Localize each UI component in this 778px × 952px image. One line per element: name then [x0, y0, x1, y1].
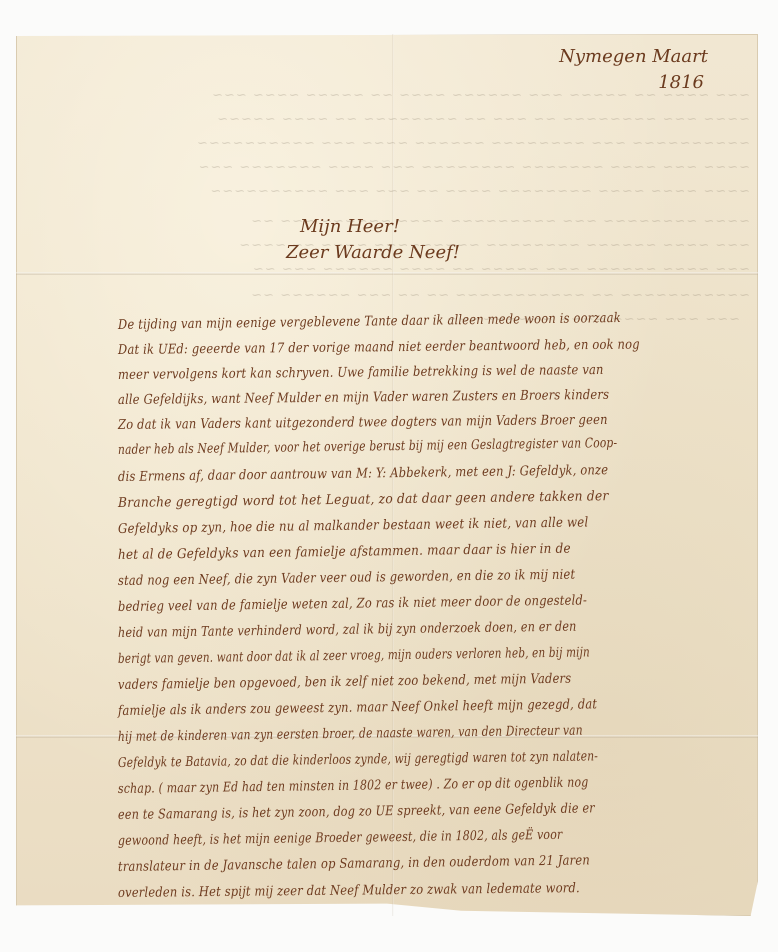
salutation-line-1: Mijn Heer!	[300, 216, 400, 237]
bleed-through-text: ~~~~ ~~~ ~~~~~~~~ ~~ ~~~ ~~ ~~~~~~~~ ~~ …	[70, 112, 750, 127]
bleed-through-text: ~~~~ ~~~~ ~~~~ ~~~~~~~~ ~~~~ ~~ ~~~ ~~~ …	[70, 184, 750, 199]
year: 1816	[559, 70, 704, 96]
salutation-line-2: Zeer Waarde Neef!	[286, 240, 460, 266]
bleed-through-text: ~~~~ ~~~ ~~~~ ~~~~~~~ ~~~~~~~~ ~~~ ~~~~ …	[70, 160, 750, 175]
letter-heading: Nymegen Maart 1816	[559, 44, 708, 96]
place-and-month: Nymegen Maart	[559, 46, 708, 67]
bleed-through-text: ~~~~~~~~~~~ ~~ ~~~~~~~~~~~ ~~ ~~ ~~~ ~~~…	[250, 288, 750, 303]
salutation: Mijn Heer! Zeer Waarde Neef!	[300, 214, 460, 266]
bleed-through-text: ~~~~~~~~~~ ~~~ ~~~~~~~~ ~~~~~~ ~~~~ ~~~ …	[70, 136, 750, 151]
